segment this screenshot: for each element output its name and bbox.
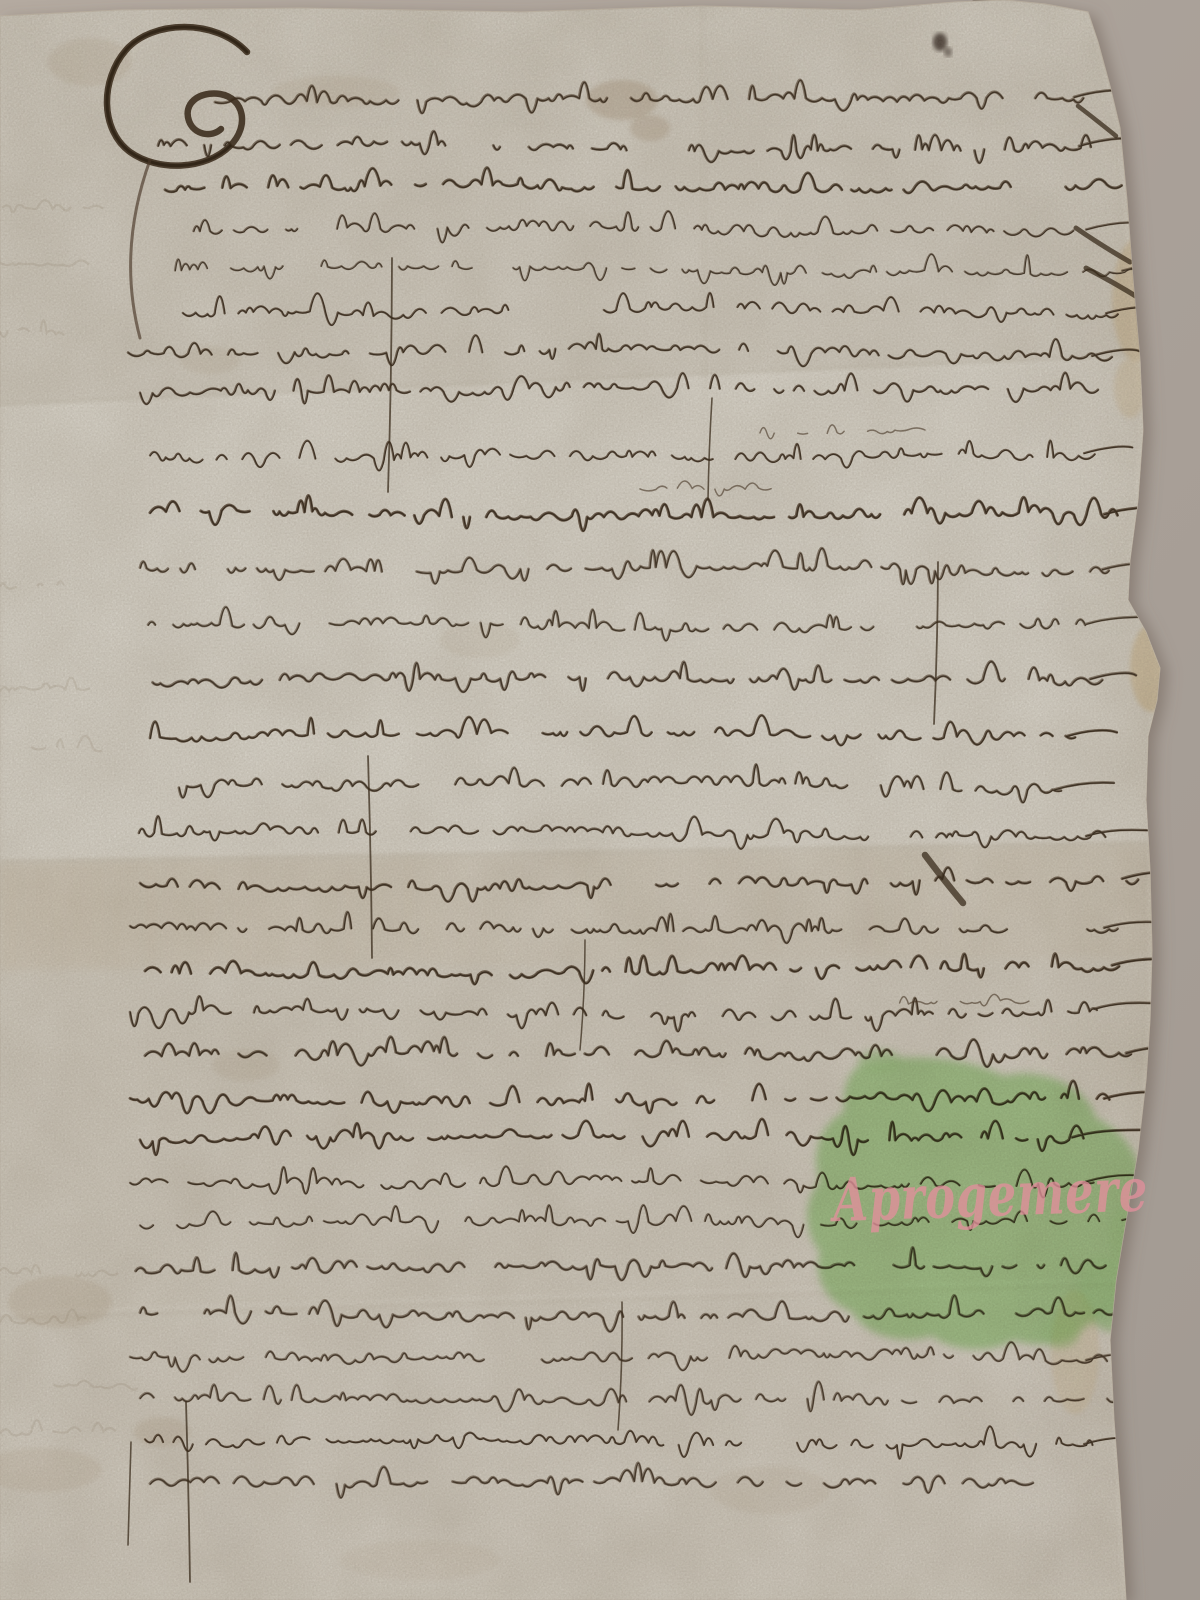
manuscript-photo-svg: Aprogemere — [0, 0, 1200, 1600]
watermark-text: Aprogemere — [828, 1155, 1149, 1236]
manuscript-photo: Aprogemere — [0, 0, 1200, 1600]
watermark-green-satellite — [1040, 1316, 1080, 1348]
watermark-green-satellite — [858, 1050, 902, 1074]
